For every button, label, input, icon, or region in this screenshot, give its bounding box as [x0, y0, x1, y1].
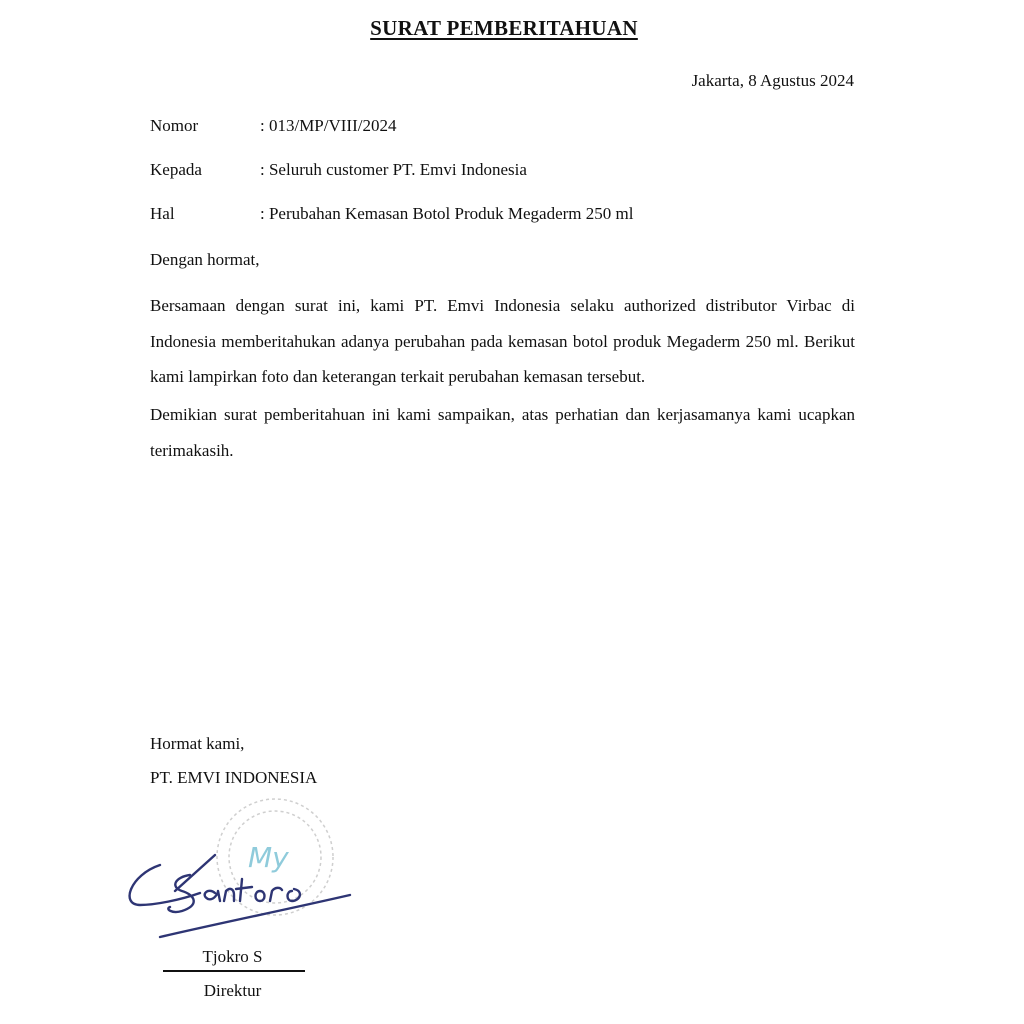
signature-stamp-graphic: My — [120, 795, 360, 945]
meta-value: : Seluruh customer PT. Emvi Indonesia — [260, 160, 527, 179]
signatory-role: Direktur — [160, 981, 305, 1001]
meta-value: : Perubahan Kemasan Botol Produk Megader… — [260, 204, 633, 223]
signature-divider — [163, 970, 305, 972]
meta-label: Kepada — [150, 160, 260, 180]
company-name: PT. EMVI INDONESIA — [150, 768, 317, 788]
greeting: Dengan hormat, — [150, 250, 260, 270]
meta-label: Nomor — [150, 116, 260, 136]
closing: Hormat kami, — [150, 734, 244, 754]
meta-row-kepada: Kepada: Seluruh customer PT. Emvi Indone… — [150, 160, 527, 180]
place-date: Jakarta, 8 Agustus 2024 — [692, 71, 854, 91]
meta-label: Hal — [150, 204, 260, 224]
body-paragraph-2: Demikian surat pemberitahuan ini kami sa… — [150, 397, 855, 468]
meta-row-nomor: Nomor: 013/MP/VIII/2024 — [150, 116, 396, 136]
body-paragraph-1: Bersamaan dengan surat ini, kami PT. Emv… — [150, 288, 855, 395]
letter-title: SURAT PEMBERITAHUAN — [0, 16, 1008, 41]
meta-row-hal: Hal: Perubahan Kemasan Botol Produk Mega… — [150, 204, 633, 224]
meta-value: : 013/MP/VIII/2024 — [260, 116, 396, 135]
initials-mark: My — [248, 841, 289, 874]
signatory-name: Tjokro S — [160, 947, 305, 967]
